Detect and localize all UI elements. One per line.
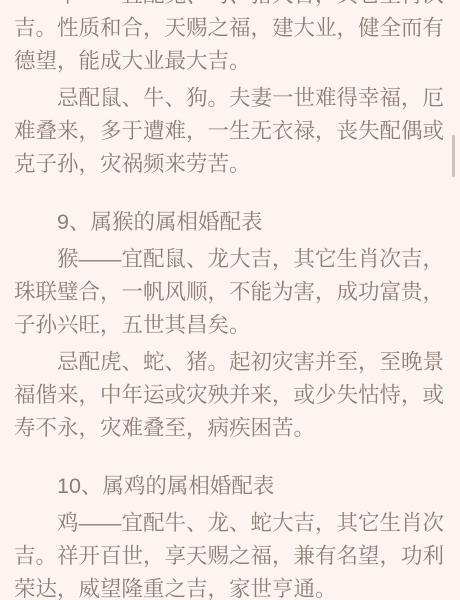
section-heading-rooster: 10、属鸡的属相婚配表 bbox=[14, 470, 452, 503]
paragraph-sheep-suitable-match: 羊——宜配兔、马、猪大吉，其它生肖次吉。性质和合，天赐之福，建大业，健全而有德望… bbox=[14, 0, 452, 78]
paragraph-rooster-suitable-match: 鸡——宜配牛、龙、蛇大吉，其它生肖次吉。祥开百世，享天赐之福，兼有名望，功利荣达… bbox=[14, 507, 452, 600]
scrollbar-thumb[interactable] bbox=[452, 135, 455, 177]
paragraph-monkey-avoid-match: 忌配虎、蛇、猪。起初灾害并至，至晚景福偕来，中年运或灾殃并来，或少失怙恃，或寿不… bbox=[14, 346, 452, 445]
article-content: 羊——宜配兔、马、猪大吉，其它生肖次吉。性质和合，天赐之福，建大业，健全而有德望… bbox=[0, 0, 460, 600]
paragraph-sheep-avoid-match: 忌配鼠、牛、狗。夫妻一世难得幸福，厄难叠来，多于遭难，一生无衣禄，丧失配偶或克子… bbox=[14, 82, 452, 181]
paragraph-monkey-suitable-match: 猴——宜配鼠、龙大吉，其它生肖次吉，珠联璧合，一帆风顺，不能为害，成功富贵，子孙… bbox=[14, 243, 452, 342]
section-heading-monkey: 9、属猴的属相婚配表 bbox=[14, 206, 452, 239]
reader-page: 羊——宜配兔、马、猪大吉，其它生肖次吉。性质和合，天赐之福，建大业，健全而有德望… bbox=[0, 0, 460, 600]
